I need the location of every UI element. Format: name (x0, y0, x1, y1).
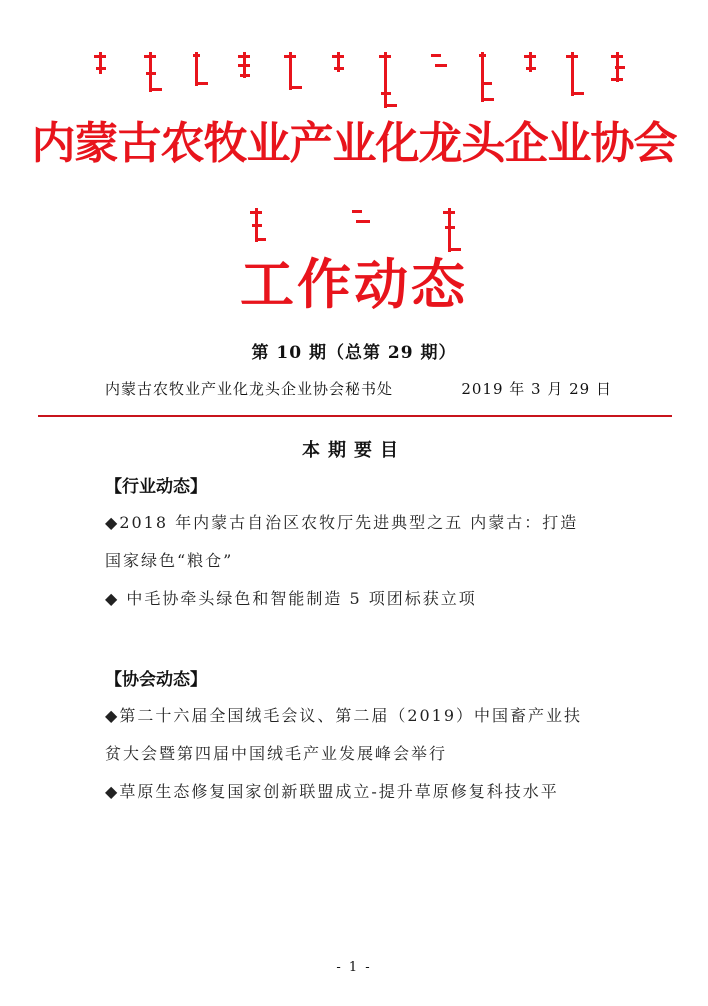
mongolian-publication-title (0, 0, 708, 120)
toc-item-line: 贫大会暨第四届中国绒毛产业发展峰会举行 (105, 735, 625, 773)
issue-number: 第 10 期（总第 29 期） (0, 338, 708, 363)
toc-item[interactable]: ◆2018 年内蒙古自治区农牧厅先进典型之五 内蒙古：打造 国家绿色“粮仓” (105, 504, 625, 580)
toc-item-line: 国家绿色“粮仓” (105, 542, 625, 580)
diamond-bullet-icon: ◆ (105, 513, 119, 532)
section-heading: 【协会动态】 (105, 665, 625, 695)
toc-section-industry: 【行业动态】 ◆2018 年内蒙古自治区农牧厅先进典型之五 内蒙古：打造 国家绿… (105, 472, 625, 618)
toc-item-line: 第二十六届全国绒毛会议、第二届（2019）中国畜产业扶 (119, 706, 582, 725)
header-divider (38, 415, 672, 417)
toc-item[interactable]: ◆草原生态修复国家创新联盟成立-提升草原修复科技水平 (105, 773, 625, 811)
mongolian-glyph (352, 208, 364, 224)
toc-item-line: 草原生态修复国家创新联盟成立-提升草原修复科技水平 (119, 782, 558, 801)
diamond-bullet-icon: ◆ (105, 589, 119, 608)
mongolian-glyph (250, 208, 262, 242)
publisher-line: 内蒙古农牧业产业化龙头企业协会秘书处 2019 年 3 月 29 日 (105, 378, 612, 399)
section-heading: 【行业动态】 (105, 472, 625, 502)
publication-title: 工作动态 (0, 252, 708, 316)
toc-item[interactable]: ◆第二十六届全国绒毛会议、第二届（2019）中国畜产业扶 贫大会暨第四届中国绒毛… (105, 697, 625, 773)
diamond-bullet-icon: ◆ (105, 706, 119, 725)
publish-date: 2019 年 3 月 29 日 (461, 378, 612, 399)
page-number: - 1 - (0, 960, 708, 975)
publisher: 内蒙古农牧业产业化龙头企业协会秘书处 (105, 378, 393, 399)
toc-item-line: 中毛协牵头绿色和智能制造 5 项团标获立项 (119, 589, 476, 608)
organization-title: 内蒙古农牧业产业化龙头企业协会 (0, 112, 708, 176)
mongolian-glyph (443, 208, 455, 252)
toc-item[interactable]: ◆ 中毛协牵头绿色和智能制造 5 项团标获立项 (105, 580, 625, 618)
diamond-bullet-icon: ◆ (105, 782, 119, 801)
toc-title: 本期要目 (0, 436, 708, 462)
toc-section-association: 【协会动态】 ◆第二十六届全国绒毛会议、第二届（2019）中国畜产业扶 贫大会暨… (105, 665, 625, 811)
toc-item-line: 2018 年内蒙古自治区农牧厅先进典型之五 内蒙古：打造 (119, 513, 578, 532)
